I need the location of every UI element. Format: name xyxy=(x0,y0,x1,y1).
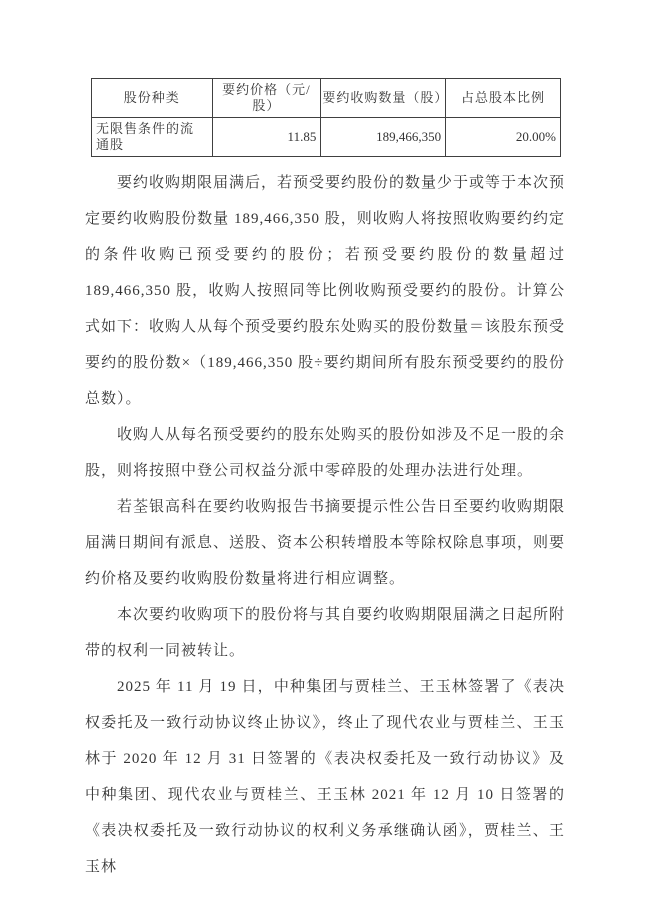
paragraph-price-adjustment: 若荃银高科在要约收购报告书摘要提示性公告日至要约收购期限届满日期间有派息、送股、… xyxy=(85,489,565,597)
cell-offer-price: 11.85 xyxy=(212,118,321,157)
paragraph-allocation-formula: 要约收购期限届满后，若预受要约股份的数量少于或等于本次预定要约收购股份数量 18… xyxy=(85,165,565,417)
table-row: 无限售条件的流通股 11.85 189,466,350 20.00% xyxy=(92,118,561,157)
header-share-type: 股份种类 xyxy=(92,79,213,118)
paragraph-agreement-termination: 2025 年 11 月 19 日，中种集团与贾桂兰、王玉林签署了《表决权委托及一… xyxy=(85,669,565,885)
header-offer-price: 要约价格（元/股） xyxy=(212,79,321,118)
document-page: 股份种类 要约价格（元/股） 要约收购数量（股） 占总股本比例 无限售条件的流通… xyxy=(0,0,650,918)
paragraph-odd-lot-handling: 收购人从每名预受要约的股东处购买的股份如涉及不足一股的余股，则将按照中登公司权益… xyxy=(85,417,565,489)
cell-share-type: 无限售条件的流通股 xyxy=(92,118,213,157)
page-content: 股份种类 要约价格（元/股） 要约收购数量（股） 占总股本比例 无限售条件的流通… xyxy=(0,0,650,885)
header-percent-of-total: 占总股本比例 xyxy=(446,79,561,118)
cell-percent-of-total: 20.00% xyxy=(446,118,561,157)
body-paragraphs: 要约收购期限届满后，若预受要约股份的数量少于或等于本次预定要约收购股份数量 18… xyxy=(85,165,565,885)
offer-summary-table: 股份种类 要约价格（元/股） 要约收购数量（股） 占总股本比例 无限售条件的流通… xyxy=(91,78,561,157)
header-offer-quantity: 要约收购数量（股） xyxy=(321,79,446,118)
cell-offer-quantity: 189,466,350 xyxy=(321,118,446,157)
table-header-row: 股份种类 要约价格（元/股） 要约收购数量（股） 占总股本比例 xyxy=(92,79,561,118)
paragraph-rights-transfer: 本次要约收购项下的股份将与其自要约收购期限届满之日起所附带的权利一同被转让。 xyxy=(85,597,565,669)
